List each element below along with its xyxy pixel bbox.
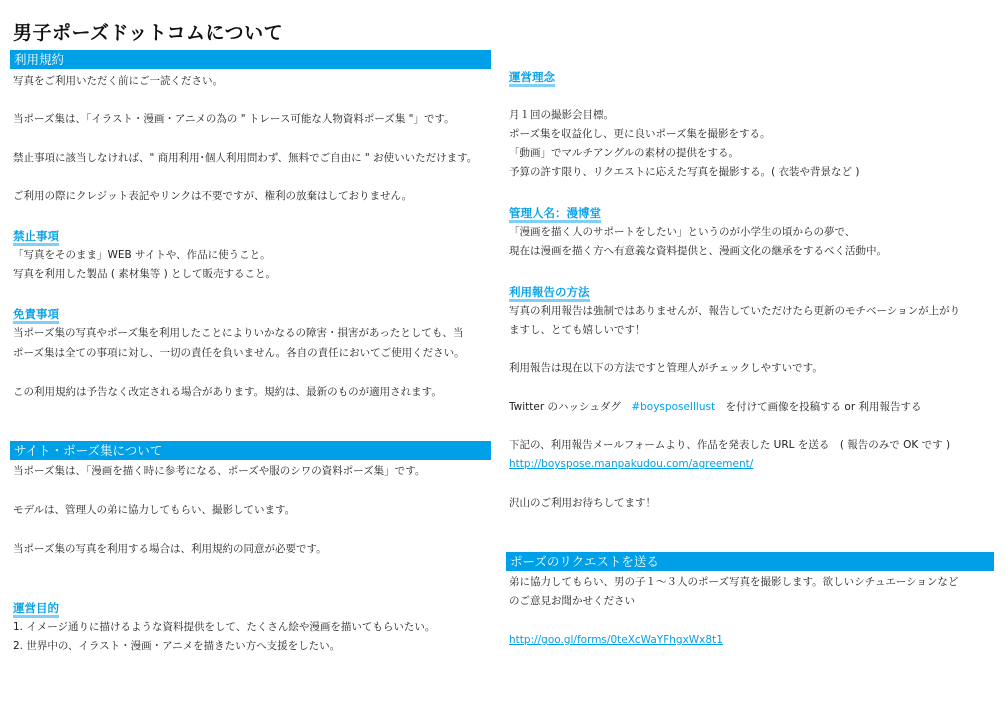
terms-p1: 当ポーズ集は、「イラスト・漫画・アニメの為の " トレース可能な人物資料ポーズ集… <box>10 110 455 129</box>
disclaimer-line: ポーズ集は全ての事項に対し、一切の責任を負いません。各自の責任においてご使用くだ… <box>10 344 465 363</box>
report-closing: 沢山のご利用お待ちしてます！ <box>506 494 656 513</box>
subheading-philosophy-text: 運営理念 <box>509 70 555 87</box>
about-p2: モデルは、管理人の弟に協力してもらい、撮影しています。 <box>10 501 295 520</box>
terms-p3: ご利用の際にクレジット表記やリンクは不要ですが、権利の放棄はしておりません。 <box>10 187 412 206</box>
disclaimer-line: 当ポーズ集の写真やポーズ集を利用したことによりいかなるの障害・損害があったとして… <box>10 324 463 343</box>
about-p3: 当ポーズ集の写真を利用する場合は、利用規約の同意が必要です。 <box>10 540 327 559</box>
prohibited-item: 「写真をそのまま」WEB サイトや、作品に使うこと。 <box>10 246 271 265</box>
subheading-disclaimer: 免責事項 <box>10 305 59 323</box>
page-title: 男子ポーズドットコムについて <box>13 18 283 45</box>
subheading-report: 利用報告の方法 <box>506 283 590 301</box>
request-line: のご意見お聞かせください <box>506 592 635 611</box>
report-twitter: Twitter のハッシュダグ #boysposeIllust を付けて画像を投… <box>506 398 922 417</box>
report-line: 写真の利用報告は強制ではありませんが、報告していただけたら更新のモチベーションが… <box>506 302 960 321</box>
purpose-item: 1. イメージ通りに描けるような資料提供をして、たくさん絵や漫画を描いてもらいた… <box>10 618 435 637</box>
subheading-purpose: 運営目的 <box>10 599 59 617</box>
subheading-purpose-text: 運営目的 <box>13 601 59 618</box>
twitter-prefix: Twitter のハッシュダグ <box>509 401 631 413</box>
request-line: 弟に協力してもらい、男の子１～３人のポーズ写真を撮影します。欲しいシチュエーショ… <box>506 573 958 592</box>
subheading-admin: 管理人名：漫博堂 <box>506 204 601 222</box>
report-line: ますし、とても嬉しいです！ <box>506 321 646 340</box>
philosophy-item: 月１回の撮影会目標。 <box>506 106 614 125</box>
agreement-link[interactable]: http://boyspose.manpakudou.com/agreement… <box>506 455 753 474</box>
philosophy-item: ポーズ集を収益化し、更に良いポーズ集を撮影をする。 <box>506 125 770 144</box>
subheading-admin-text: 管理人名：漫博堂 <box>509 206 601 223</box>
twitter-suffix: を付けて画像を投稿する or 利用報告する <box>715 401 921 413</box>
subheading-philosophy: 運営理念 <box>506 68 555 86</box>
section-bar-terms: 利用規約 <box>10 50 491 69</box>
terms-intro: 写真をご利用いただく前にご一読ください。 <box>10 72 223 91</box>
prohibited-item: 写真を利用した製品 ( 素材集等 ) として販売すること。 <box>10 265 276 284</box>
section-bar-request: ポーズのリクエストを送る <box>506 552 994 571</box>
admin-line: 「漫画を描く人のサポートをしたい」というのが小学生の頃からの夢で、 <box>506 223 855 242</box>
philosophy-item: 「動画」でマルチアングルの素材の提供をする。 <box>506 144 739 163</box>
section-bar-about: サイト・ポーズ集について <box>10 441 491 460</box>
purpose-item: 2. 世界中の、イラスト・漫画・アニメを描きたい方へ支援をしたい。 <box>10 637 340 656</box>
philosophy-item: 予算の許す限り、リクエストに応えた写真を撮影する。( 衣装や背景など ) <box>506 163 859 182</box>
request-form-link[interactable]: http://goo.gl/forms/0teXcWaYFhgxWx8t1 <box>506 631 723 650</box>
terms-p2: 禁止事項に該当しなければ、" 商用利用･個人利用問わず、無料でご自由に " お使… <box>10 149 477 168</box>
subheading-disclaimer-text: 免責事項 <box>13 307 59 324</box>
about-p1: 当ポーズ集は、「漫画を描く時に参考になる、ポーズや服のシワの資料ポーズ集」です。 <box>10 462 425 481</box>
report-p2: 利用報告は現在以下の方法ですと管理人がチェックしやすいです。 <box>506 359 823 378</box>
subheading-prohibited: 禁止事項 <box>10 227 59 245</box>
report-mail-text: 下記の、利用報告メールフォームより、作品を発表した URL を送る ( 報告のみ… <box>506 436 950 455</box>
subheading-prohibited-text: 禁止事項 <box>13 229 59 246</box>
subheading-report-text: 利用報告の方法 <box>509 285 590 302</box>
admin-line: 現在は漫画を描く方へ有意義な資料提供と、漫画文化の継承をするべく活動中。 <box>506 242 887 261</box>
hashtag-link[interactable]: #boysposeIllust <box>631 401 715 413</box>
disclaimer-note: この利用規約は予告なく改定される場合があります。規約は、最新のものが適用されます… <box>10 383 442 402</box>
